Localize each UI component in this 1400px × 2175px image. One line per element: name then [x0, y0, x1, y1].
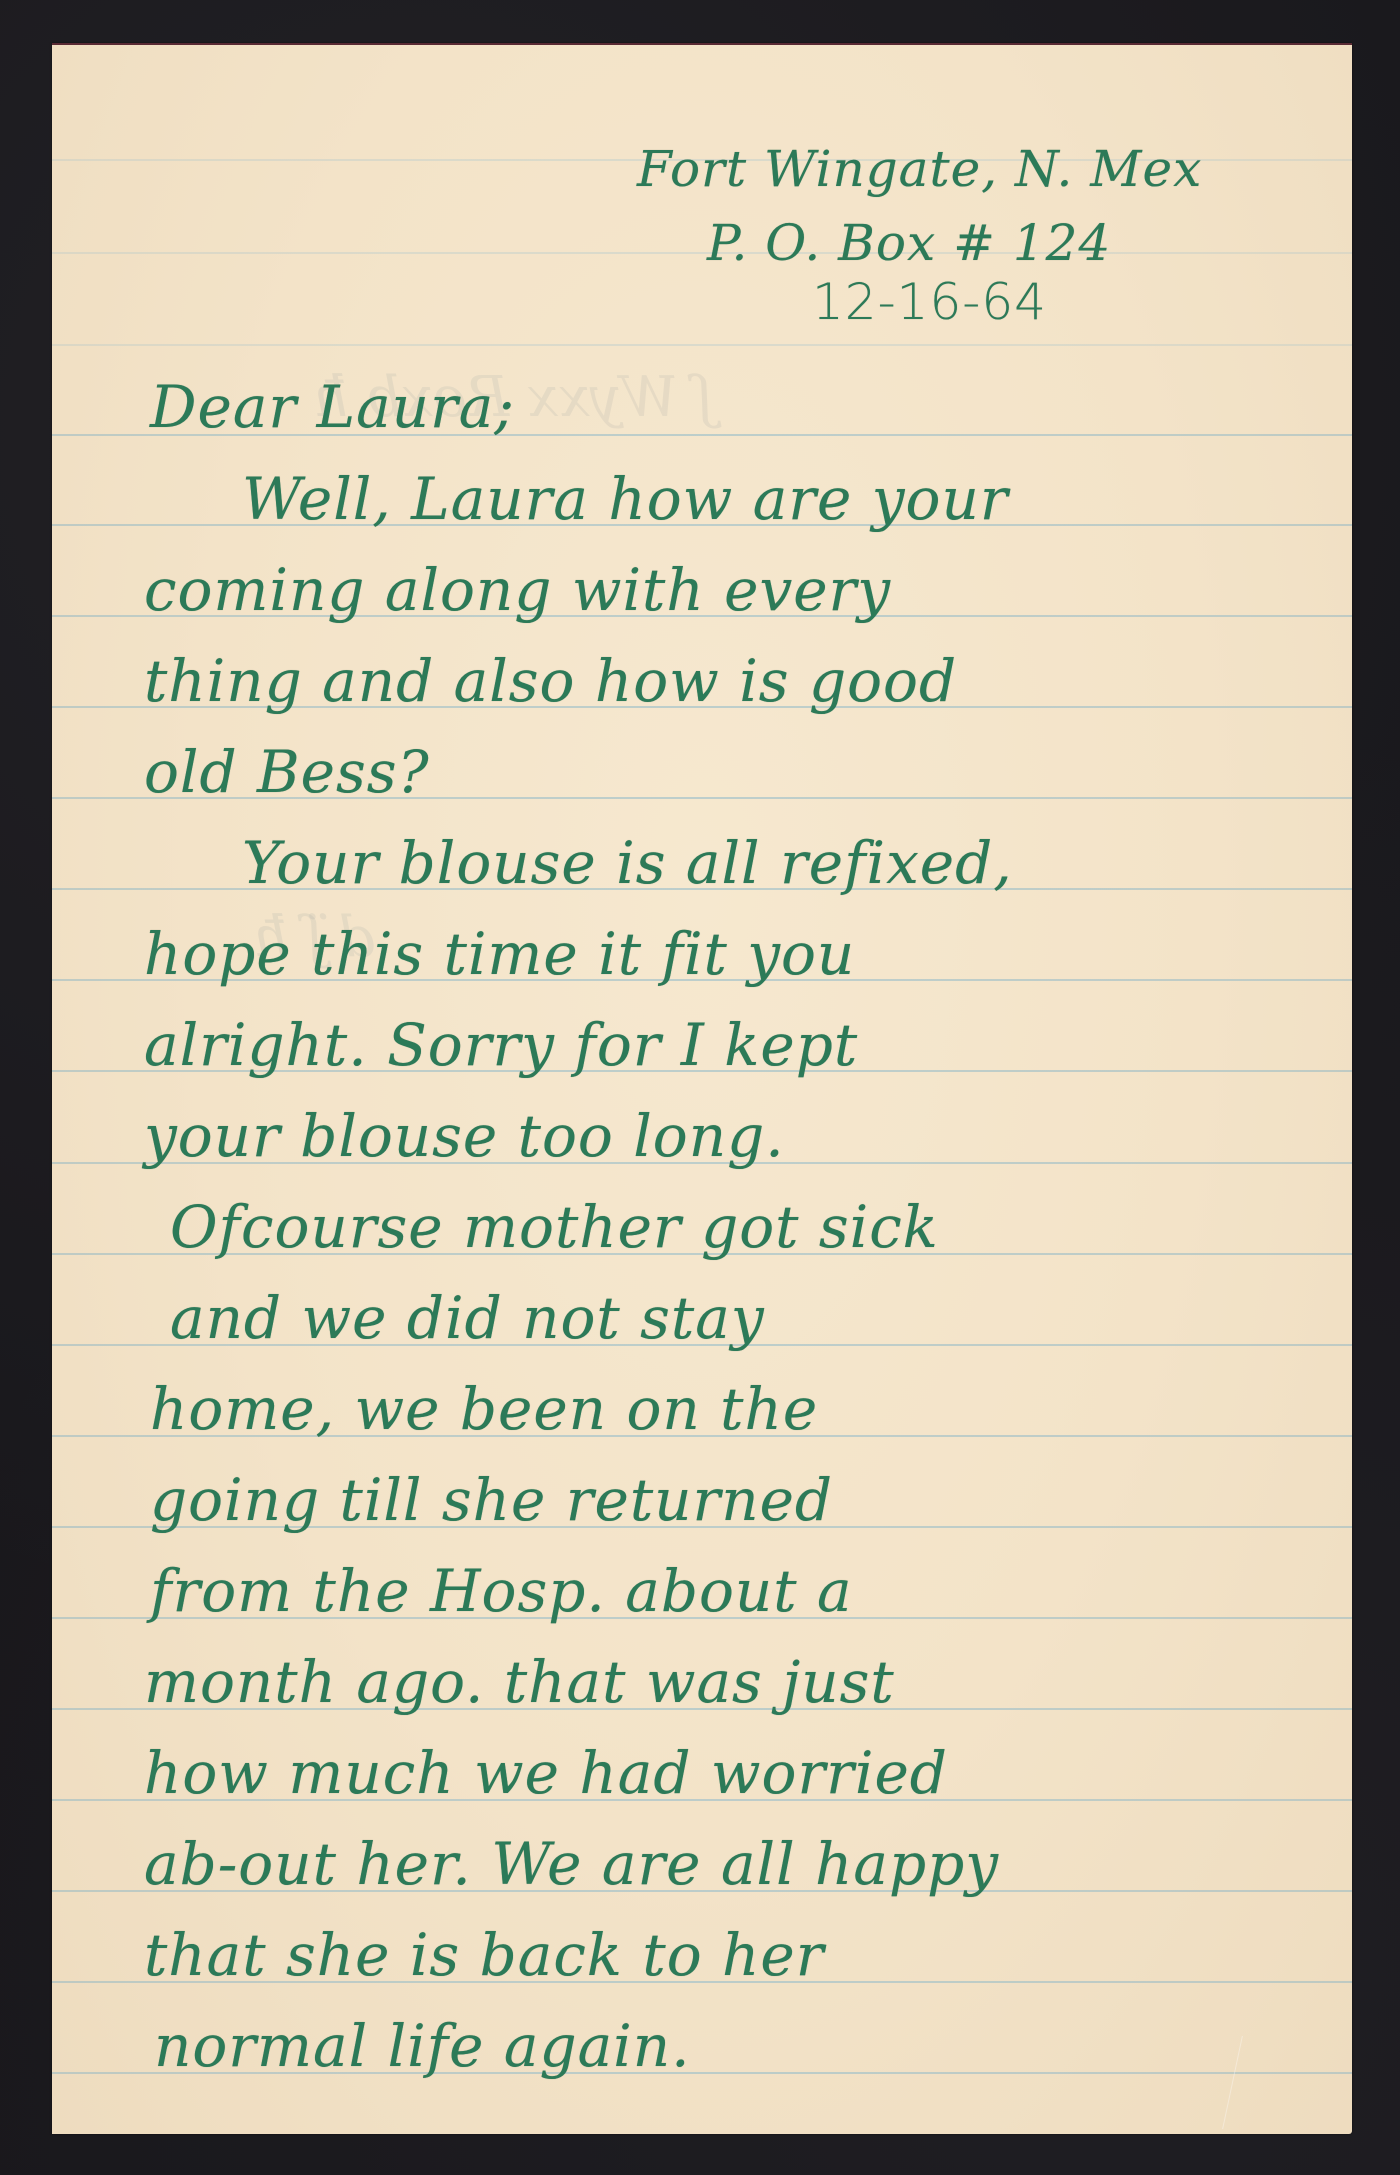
- letter-line: Your blouse is all refixed,: [242, 834, 1013, 892]
- letter-line: normal life again.: [154, 2017, 691, 2075]
- letter-line: going till she returned: [150, 1471, 833, 1529]
- letter-line: home, we been on the: [150, 1380, 818, 1438]
- letter-location: Fort Wingate, N. Mex: [637, 144, 1202, 194]
- letter-line: from the Hosp. about a: [150, 1562, 853, 1620]
- letter-line: month ago. that was just: [144, 1653, 895, 1711]
- letter-line: that she is back to her: [144, 1926, 824, 1984]
- letter-line: how much we had worried: [144, 1744, 948, 1802]
- paper-crease: [1222, 2036, 1243, 2129]
- letter-line: Well, Laura how are your: [242, 470, 1009, 528]
- letter-po-box: P. O. Box # 124: [707, 218, 1111, 268]
- letter-line: hope this time it fit you: [144, 925, 855, 983]
- letter-line: your blouse too long.: [144, 1107, 785, 1165]
- letter-line: coming along with every: [144, 561, 891, 619]
- letter-line: and we did not stay: [170, 1289, 765, 1347]
- letter-line: old Bess?: [144, 743, 430, 801]
- letter-line: thing and also how is good: [144, 652, 957, 710]
- letter-line: Ofcourse mother got sick: [170, 1198, 939, 1256]
- letter-line: alright. Sorry for I kept: [144, 1016, 858, 1074]
- letter-salutation: Dear Laura;: [150, 378, 515, 436]
- ruled-line: [52, 344, 1352, 346]
- ruled-line: [52, 252, 1352, 254]
- letter-page: ʃ Wyxx Roxb ħ d ʃ̈ ħ Fort Wingate, N. Me…: [52, 43, 1352, 2134]
- letter-line: ab-out her. We are all happy: [144, 1835, 999, 1893]
- letter-date: 12-16-64: [812, 277, 1047, 327]
